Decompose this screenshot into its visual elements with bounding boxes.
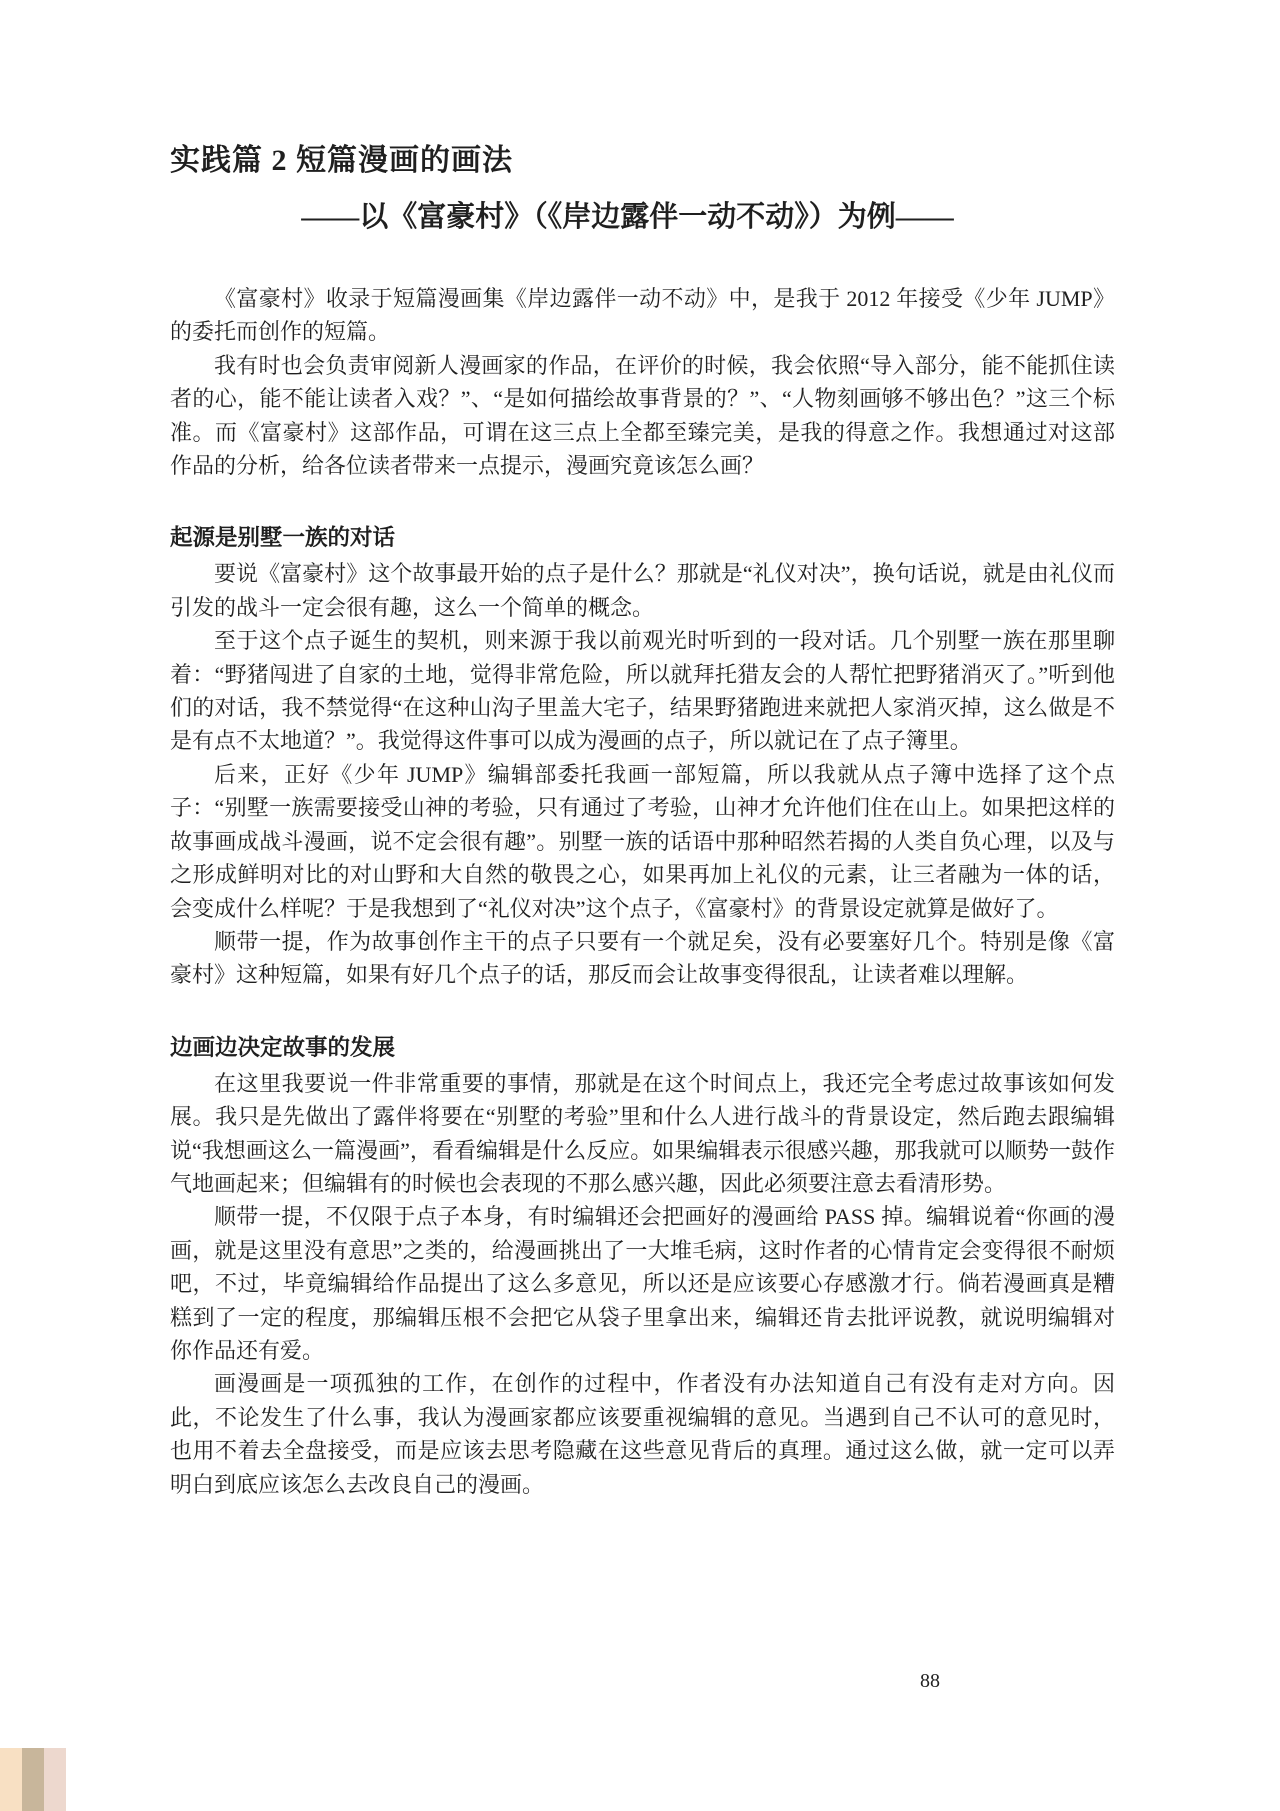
paragraph: 顺带一提，不仅限于点子本身，有时编辑还会把画好的漫画给 PASS 掉。编辑说着“… xyxy=(170,1200,1115,1367)
paragraph: 至于这个点子诞生的契机，则来源于我以前观光时听到的一段对话。几个别墅一族在那里聊… xyxy=(170,624,1115,758)
page-number: 88 xyxy=(920,1670,940,1693)
color-swatch xyxy=(0,1748,22,1811)
paragraph: 我有时也会负责审阅新人漫画家的作品，在评价的时候，我会依照“导入部分，能不能抓住… xyxy=(170,349,1115,483)
chapter-title: 实践篇 2 短篇漫画的画法 xyxy=(170,140,1115,182)
paragraph: 后来，正好《少年 JUMP》编辑部委托我画一部短篇，所以我就从点子簿中选择了这个… xyxy=(170,758,1115,925)
paragraph: 《富豪村》收录于短篇漫画集《岸边露伴一动不动》中，是我于 2012 年接受《少年… xyxy=(170,282,1115,349)
text-column: 实践篇 2 短篇漫画的画法 ——以《富豪村》（《岸边露伴一动不动》）为例—— 《… xyxy=(170,140,1115,1501)
paragraph: 在这里我要说一件非常重要的事情，那就是在这个时间点上，我还完全考虑过故事该如何发… xyxy=(170,1067,1115,1201)
color-swatch xyxy=(22,1748,44,1811)
corner-color-swatches xyxy=(0,1748,66,1811)
color-swatch xyxy=(44,1748,66,1811)
paragraph: 画漫画是一项孤独的工作，在创作的过程中，作者没有办法知道自己有没有走对方向。因此… xyxy=(170,1367,1115,1501)
paragraph: 顺带一提，作为故事创作主干的点子只要有一个就足矣，没有必要塞好几个。特别是像《富… xyxy=(170,925,1115,992)
section-heading: 边画边决定故事的发展 xyxy=(170,1033,1115,1063)
section-heading: 起源是别墅一族的对话 xyxy=(170,523,1115,553)
paragraph: 要说《富豪村》这个故事最开始的点子是什么？那就是“礼仪对决”，换句话说，就是由礼… xyxy=(170,557,1115,624)
chapter-subtitle: ——以《富豪村》（《岸边露伴一动不动》）为例—— xyxy=(170,196,1085,238)
book-page: 实践篇 2 短篇漫画的画法 ——以《富豪村》（《岸边露伴一动不动》）为例—— 《… xyxy=(0,0,1280,1811)
